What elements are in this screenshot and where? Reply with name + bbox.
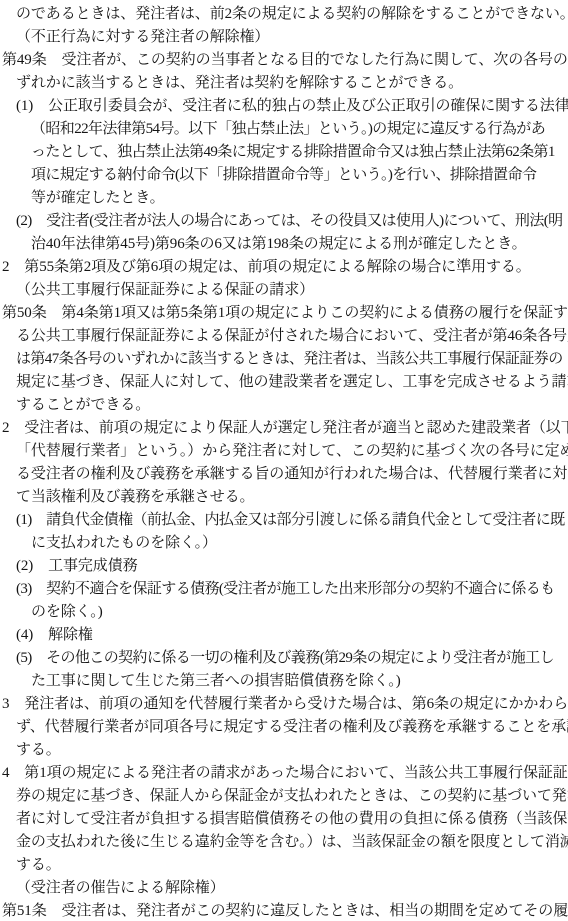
text-line: (1) 公正取引委員会が、受注者に私的独占の禁止及び公正取引の確保に関する法律: [0, 95, 568, 118]
text-line: することができる。: [0, 394, 568, 417]
text-line: 治40年法律第45号)第96条の6又は第198条の規定による刑が確定したとき。: [0, 233, 568, 256]
text-line: 「代替履行業者」という。）から発注者に対して、この契約に基づく次の各号に定め: [0, 440, 568, 463]
text-line: のであるときは、発注者は、前2条の規定による契約の解除をすることができない。: [0, 3, 568, 26]
document-page: のであるときは、発注者は、前2条の規定による契約の解除をすることができない。（不…: [0, 0, 568, 921]
text-line: 2 第55条第2項及び第6項の規定は、前項の規定による解除の場合に準用する。: [0, 256, 568, 279]
text-line: (4) 解除権: [0, 624, 568, 647]
text-line: する。: [0, 739, 568, 762]
text-line: 2 受注者は、前項の規定により保証人が選定し発注者が適当と認めた建設業者（以下: [0, 417, 568, 440]
text-line: 券の規定に基づき、保証人から保証金が支払われたときは、この契約に基づいて発注: [0, 785, 568, 808]
text-line: （不正行為に対する発注者の解除権）: [0, 26, 568, 49]
text-line: て当該権利及び義務を承継させる。: [0, 486, 568, 509]
text-line: 第51条 受注者は、発注者がこの契約に違反したときは、相当の期間を定めてその履: [0, 900, 568, 921]
text-line: ず、代替履行業者が同項各号に規定する受注者の権利及び義務を承継することを承諾: [0, 716, 568, 739]
text-line: ずれかに該当するときは、発注者は契約を解除することができる。: [0, 72, 568, 95]
text-line: 項に規定する納付命令(以下「排除措置命令等」という。)を行い、排除措置命令: [0, 164, 568, 187]
text-line: る受注者の権利及び義務を承継する旨の通知が行われた場合は、代替履行業者に対し: [0, 463, 568, 486]
text-line: （昭和22年法律第54号。以下「独占禁止法」という。)の規定に違反する行為があ: [0, 118, 568, 141]
text-line: た工事に関して生じた第三者への損害賠償債務を除く。): [0, 670, 568, 693]
text-line: （受注者の催告による解除権）: [0, 877, 568, 900]
text-line: （公共工事履行保証証券による保証の請求）: [0, 279, 568, 302]
document-body: のであるときは、発注者は、前2条の規定による契約の解除をすることができない。（不…: [0, 3, 568, 921]
text-line: (3) 契約不適合を保証する債務(受注者が施工した出来形部分の契約不適合に係るも: [0, 578, 568, 601]
text-line: (2) 工事完成債務: [0, 555, 568, 578]
text-line: (1) 請負代金債権（前払金、内払金又は部分引渡しに係る請負代金として受注者に既: [0, 509, 568, 532]
text-line: 等が確定したとき。: [0, 187, 568, 210]
text-line: 規定に基づき、保証人に対して、他の建設業者を選定し、工事を完成させるよう請求: [0, 371, 568, 394]
text-line: 者に対して受注者が負担する損害賠償債務その他の費用の負担に係る債務（当該保証: [0, 808, 568, 831]
text-line: 第49条 受注者が、この契約の当事者となる目的でなした行為に関して、次の各号のい: [0, 49, 568, 72]
text-line: する。: [0, 854, 568, 877]
text-line: は第47条各号のいずれかに該当するときは、発注者は、当該公共工事履行保証証券の: [0, 348, 568, 371]
text-line: 3 発注者は、前項の通知を代替履行業者から受けた場合は、第6条の規定にかかわら: [0, 693, 568, 716]
text-line: (2) 受注者(受注者が法人の場合にあっては、その役員又は使用人)について、刑法…: [0, 210, 568, 233]
text-line: 金の支払われた後に生じる違約金等を含む。）は、当該保証金の額を限度として消滅: [0, 831, 568, 854]
text-line: 4 第1項の規定による発注者の請求があった場合において、当該公共工事履行保証証: [0, 762, 568, 785]
text-line: 第50条 第4条第1項又は第5条第1項の規定によりこの契約による債務の履行を保証…: [0, 302, 568, 325]
text-line: る公共工事履行保証証券による保証が付された場合において、受注者が第46条各号又: [0, 325, 568, 348]
text-line: に支払われたものを除く。）: [0, 532, 568, 555]
text-line: のを除く。): [0, 601, 568, 624]
text-line: ったとして、独占禁止法第49条に規定する排除措置命令又は独占禁止法第62条第1: [0, 141, 568, 164]
text-line: (5) その他この契約に係る一切の権利及び義務(第29条の規定により受注者が施工…: [0, 647, 568, 670]
